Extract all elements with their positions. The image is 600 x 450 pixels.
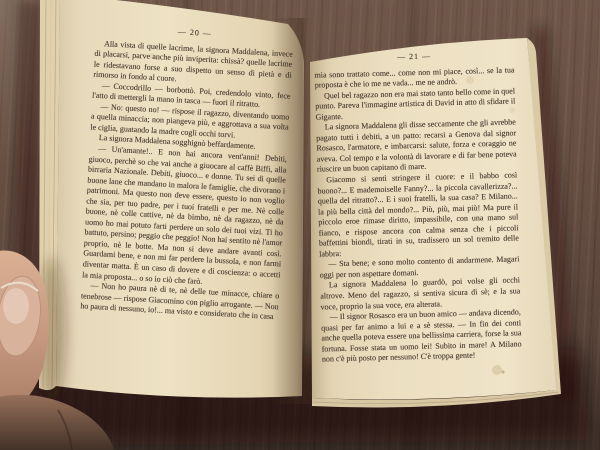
paragraph: — Il signor Rosasco era un buon amico — … (321, 307, 522, 365)
paragraph: Quel bel ragazzo non era mai stato tanto… (315, 86, 516, 123)
paragraph: Giacomo si sentì stringere il cuore: e i… (317, 170, 519, 260)
paragraph: La signora Maddalena gli disse seccament… (316, 118, 517, 176)
right-page-paragraphs: mia sono trattato come... come non mi pi… (314, 65, 522, 365)
paragraph: La signora Maddalena lo guardò, poi vols… (320, 276, 521, 313)
photo-scene: — 20 — Alla vista di quelle lacrime, la … (0, 0, 600, 450)
left-page-text: — 20 — Alla vista di quelle lacrime, la … (80, 23, 294, 323)
paragraph: — Un'amante!.. E non hai ancora vent'ann… (82, 144, 287, 292)
right-page-text: — 21 — mia sono trattato come... come no… (314, 49, 522, 365)
left-page-paragraphs: Alla vista di quelle lacrime, la signora… (80, 38, 293, 323)
